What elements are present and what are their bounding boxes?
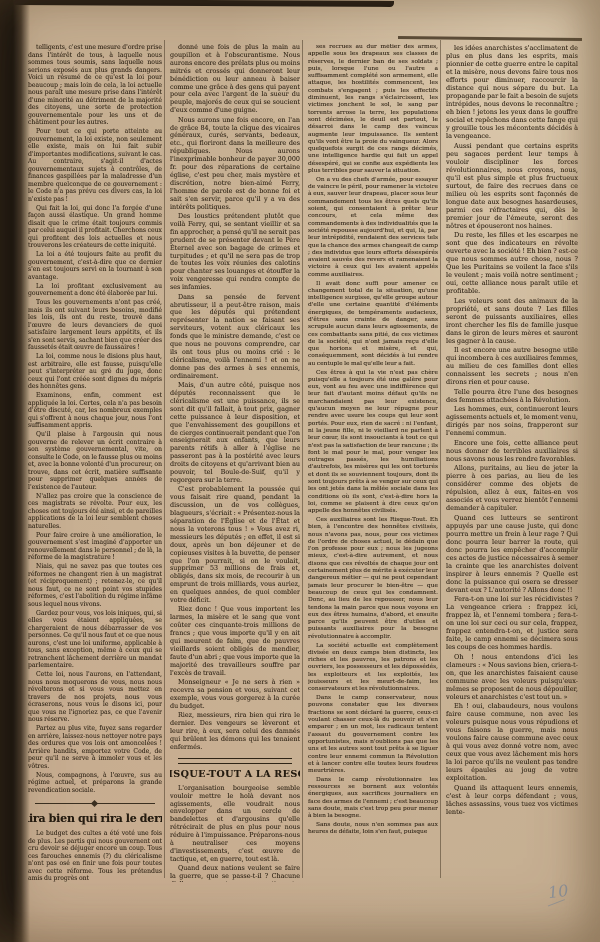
paragraph: Telle pourra être l'une des besognes des… (446, 388, 578, 404)
double-rule (178, 758, 292, 764)
paragraph: La société actuelle est complètement div… (308, 643, 438, 694)
paragraph: On a vu des chefs d'armée, pour essayer … (308, 177, 438, 279)
paragraph: La loi, comme nous le disions plus haut,… (28, 353, 162, 391)
text-column-3: ses recrues au dur métier des armes, app… (308, 44, 438, 882)
article-law-body: telligents, c'est une mesure d'ordre pri… (28, 44, 162, 794)
paragraph: donné une fois de plus la main au goupil… (170, 44, 300, 115)
paragraph: Dans le camp conservateur, nous pouvons … (308, 695, 438, 775)
paragraph: Des loustics prétendent plutôt que voilà… (170, 213, 300, 292)
paragraph: telligents, c'est une mesure d'ordre pri… (28, 44, 162, 127)
paragraph: Quand deux nations veulent se faire la g… (170, 865, 300, 882)
paragraph: Nous, compagnons, à l'œuvre, sus au régi… (28, 772, 162, 795)
paragraph: ses recrues au dur métier des armes, app… (308, 44, 438, 175)
article-risque-tout-middle: ses recrues au dur métier des armes, app… (308, 44, 438, 837)
paragraph: Pour faire croire à une amélioration, le… (28, 532, 162, 562)
article-clericalisme-body: donné une fois de plus la main au goupil… (170, 44, 300, 752)
paragraph: Dans le camp révolutionnaire les ressour… (308, 777, 438, 821)
paragraph: les idées anarchistes s'acclimatent de p… (446, 44, 578, 140)
paragraph: N'allez pas croire que la conscience de … (28, 493, 162, 531)
paragraph: Cette loi, nous l'aurons, en l'attendant… (28, 671, 162, 724)
paragraph: L'organisation bourgeoise semble vouloir… (170, 785, 300, 864)
article-budget-cultes-body: Le budget des cultes a été voté une fois… (28, 830, 162, 882)
paragraph: Les voleurs sont des animaux de la propr… (446, 297, 578, 345)
paragraph: Qu'il plaise à l'argousin qui nous gouve… (28, 431, 162, 491)
paragraph: Eh ! oui, clabaudeurs, nous voulons fair… (446, 702, 578, 782)
paragraph: Aussi pendant que certains esprits peu s… (446, 142, 578, 230)
text-column-1: telligents, c'est une mesure d'ordre pri… (28, 44, 162, 882)
paragraph: Quand ils attaquent leurs ennemis, c'est… (446, 784, 578, 816)
paragraph: Dans sa pensée de fervent abrutisseur, i… (170, 294, 300, 381)
paragraph: Pour tout ce qui porte atteinte au gouve… (28, 128, 162, 203)
paragraph: Quand ces lutteurs se sentiront appuyés … (446, 514, 578, 594)
scanned-newspaper-page: telligents, c'est une mesure d'ordre pri… (0, 0, 600, 942)
scan-shadow-top-edge (14, 0, 394, 7)
paragraph: Fera-t-on une loi sur les récidivistes ?… (446, 595, 578, 651)
masthead-rule (398, 36, 582, 40)
paragraph: Allons, puritains, au lieu de jeter la p… (446, 464, 578, 512)
article-risque-tout-end: les idées anarchistes s'acclimatent de p… (446, 44, 578, 816)
paragraph: Oh ! nous entendons d'ici les clameurs :… (446, 653, 578, 701)
paragraph: Il est encore une autre besogne utile qu… (446, 346, 578, 386)
paragraph: Du reste, les filles et les escarpes ne … (446, 231, 578, 295)
paragraph: Qui fait la loi, qui donc l'a forgée d'u… (28, 205, 162, 250)
paragraph: Nous aurons une fois encore, en l'an de … (170, 117, 300, 212)
paragraph: Il avait donc suffi pour amener ce chang… (308, 281, 438, 369)
paragraph: Tous les gouvernements n'ont pas créé, m… (28, 299, 162, 352)
paragraph: Les hommes, eux, continueront leurs agis… (446, 405, 578, 437)
column-rule (302, 40, 303, 878)
paragraph: Partez au plus vite, fuyez sans regarder… (28, 725, 162, 770)
paragraph: Ces êtres à qui la vie n'est pas chère p… (308, 370, 438, 516)
text-column-2: donné une fois de plus la main au goupil… (170, 44, 300, 882)
paragraph: Riez, messieurs, rira bien qui rira le d… (170, 712, 300, 752)
scan-shadow-left-edge (0, 0, 30, 942)
paragraph: Niais, qui ne savez pas que toutes ces r… (28, 563, 162, 608)
paragraph: Le budget des cultes a été voté une fois… (28, 830, 162, 882)
paragraph: La loi a été toujours faite au profit du… (28, 251, 162, 281)
headline-risque-tout: RISQUE-TOUT A LA RESCOUSSE (170, 768, 300, 781)
paragraph: Monseigneur « Je ne sers à rien » recevr… (170, 679, 300, 711)
paragraph: Encore une fois, cette alliance peut nou… (446, 439, 578, 463)
paragraph: Riez donc ! Que vous importent les larme… (170, 606, 300, 677)
headline-rira-bien: Rira bien qui rira le dernier (28, 812, 162, 826)
paragraph: Examinons, enfin, comment est appliquée … (28, 392, 162, 430)
article-risque-tout-body: L'organisation bourgeoise semble vouloir… (170, 785, 300, 882)
column-rule (440, 40, 441, 878)
paragraph: Ces auxiliaires sont les Risque-Tout. Eh… (308, 517, 438, 641)
paragraph: Mais, d'un autre côté, puisque nos déput… (170, 382, 300, 485)
text-column-4: les idées anarchistes s'acclimatent de p… (446, 44, 578, 882)
paragraph: Sans doute, nous n'en sommes pas aux heu… (308, 822, 438, 837)
paragraph: Gardez pour vous, vos lois iniques, qui,… (28, 610, 162, 670)
column-rule (164, 40, 165, 878)
paragraph: C'est probablement la poussée qui vous f… (170, 486, 300, 605)
paragraph: La loi profitant exclusivement au gouver… (28, 283, 162, 298)
handwritten-page-number: 10 (547, 881, 570, 902)
section-divider-ornament (35, 799, 155, 808)
